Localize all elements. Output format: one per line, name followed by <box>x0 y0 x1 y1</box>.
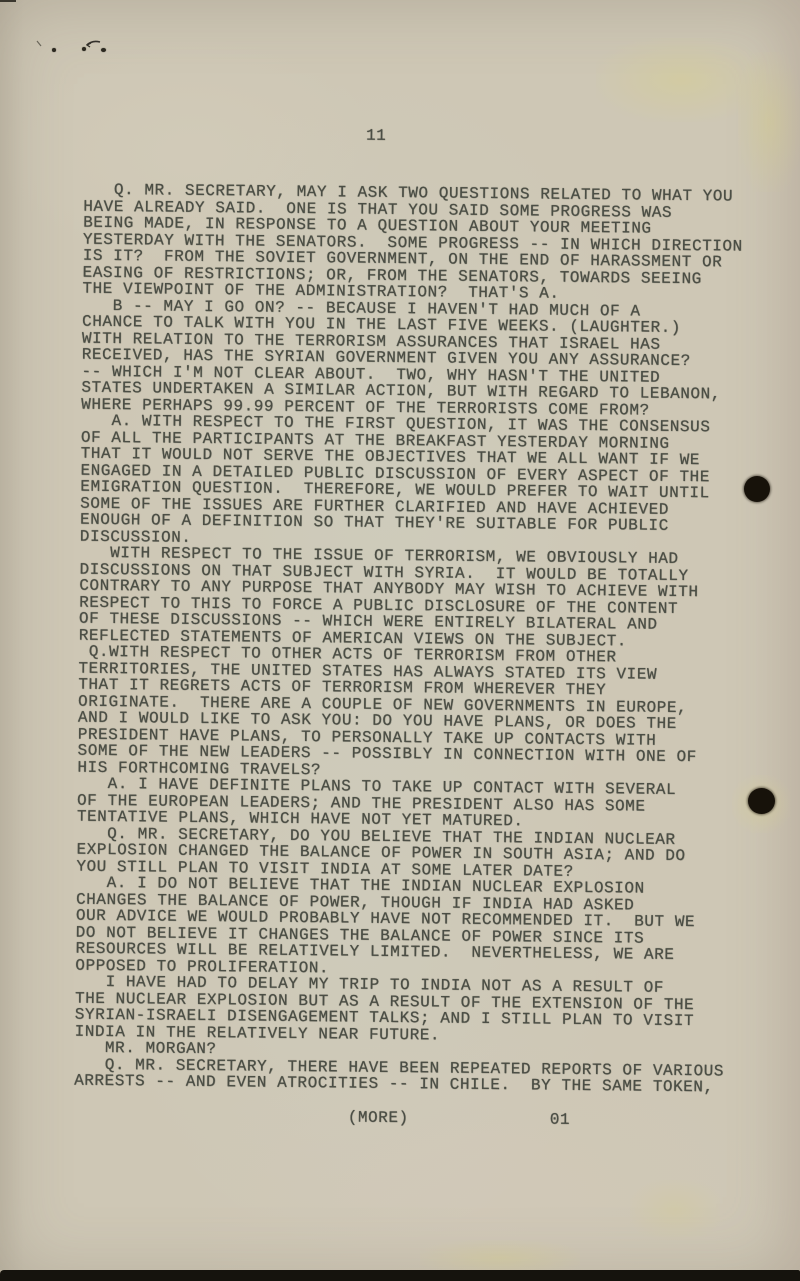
scan-edge-top <box>0 0 16 2</box>
typed-text-layer: 11 Q. MR. SECRETARY, MAY I ASK TWO QUEST… <box>0 0 800 1281</box>
page-footer: (MORE) 01 <box>0 1105 790 1133</box>
page-number: 11 <box>366 127 386 145</box>
footer-page-code: 01 <box>550 1111 570 1129</box>
felt-pen-dot-icon <box>744 476 770 502</box>
transcript-text: Q. MR. SECRETARY, MAY I ASK TWO QUESTION… <box>74 182 743 1096</box>
footer-more-indicator: (MORE) <box>348 1109 409 1128</box>
scanned-document-page: 11 Q. MR. SECRETARY, MAY I ASK TWO QUEST… <box>0 0 800 1281</box>
felt-pen-dot-icon <box>748 788 775 814</box>
scan-edge-bottom <box>0 1270 800 1281</box>
